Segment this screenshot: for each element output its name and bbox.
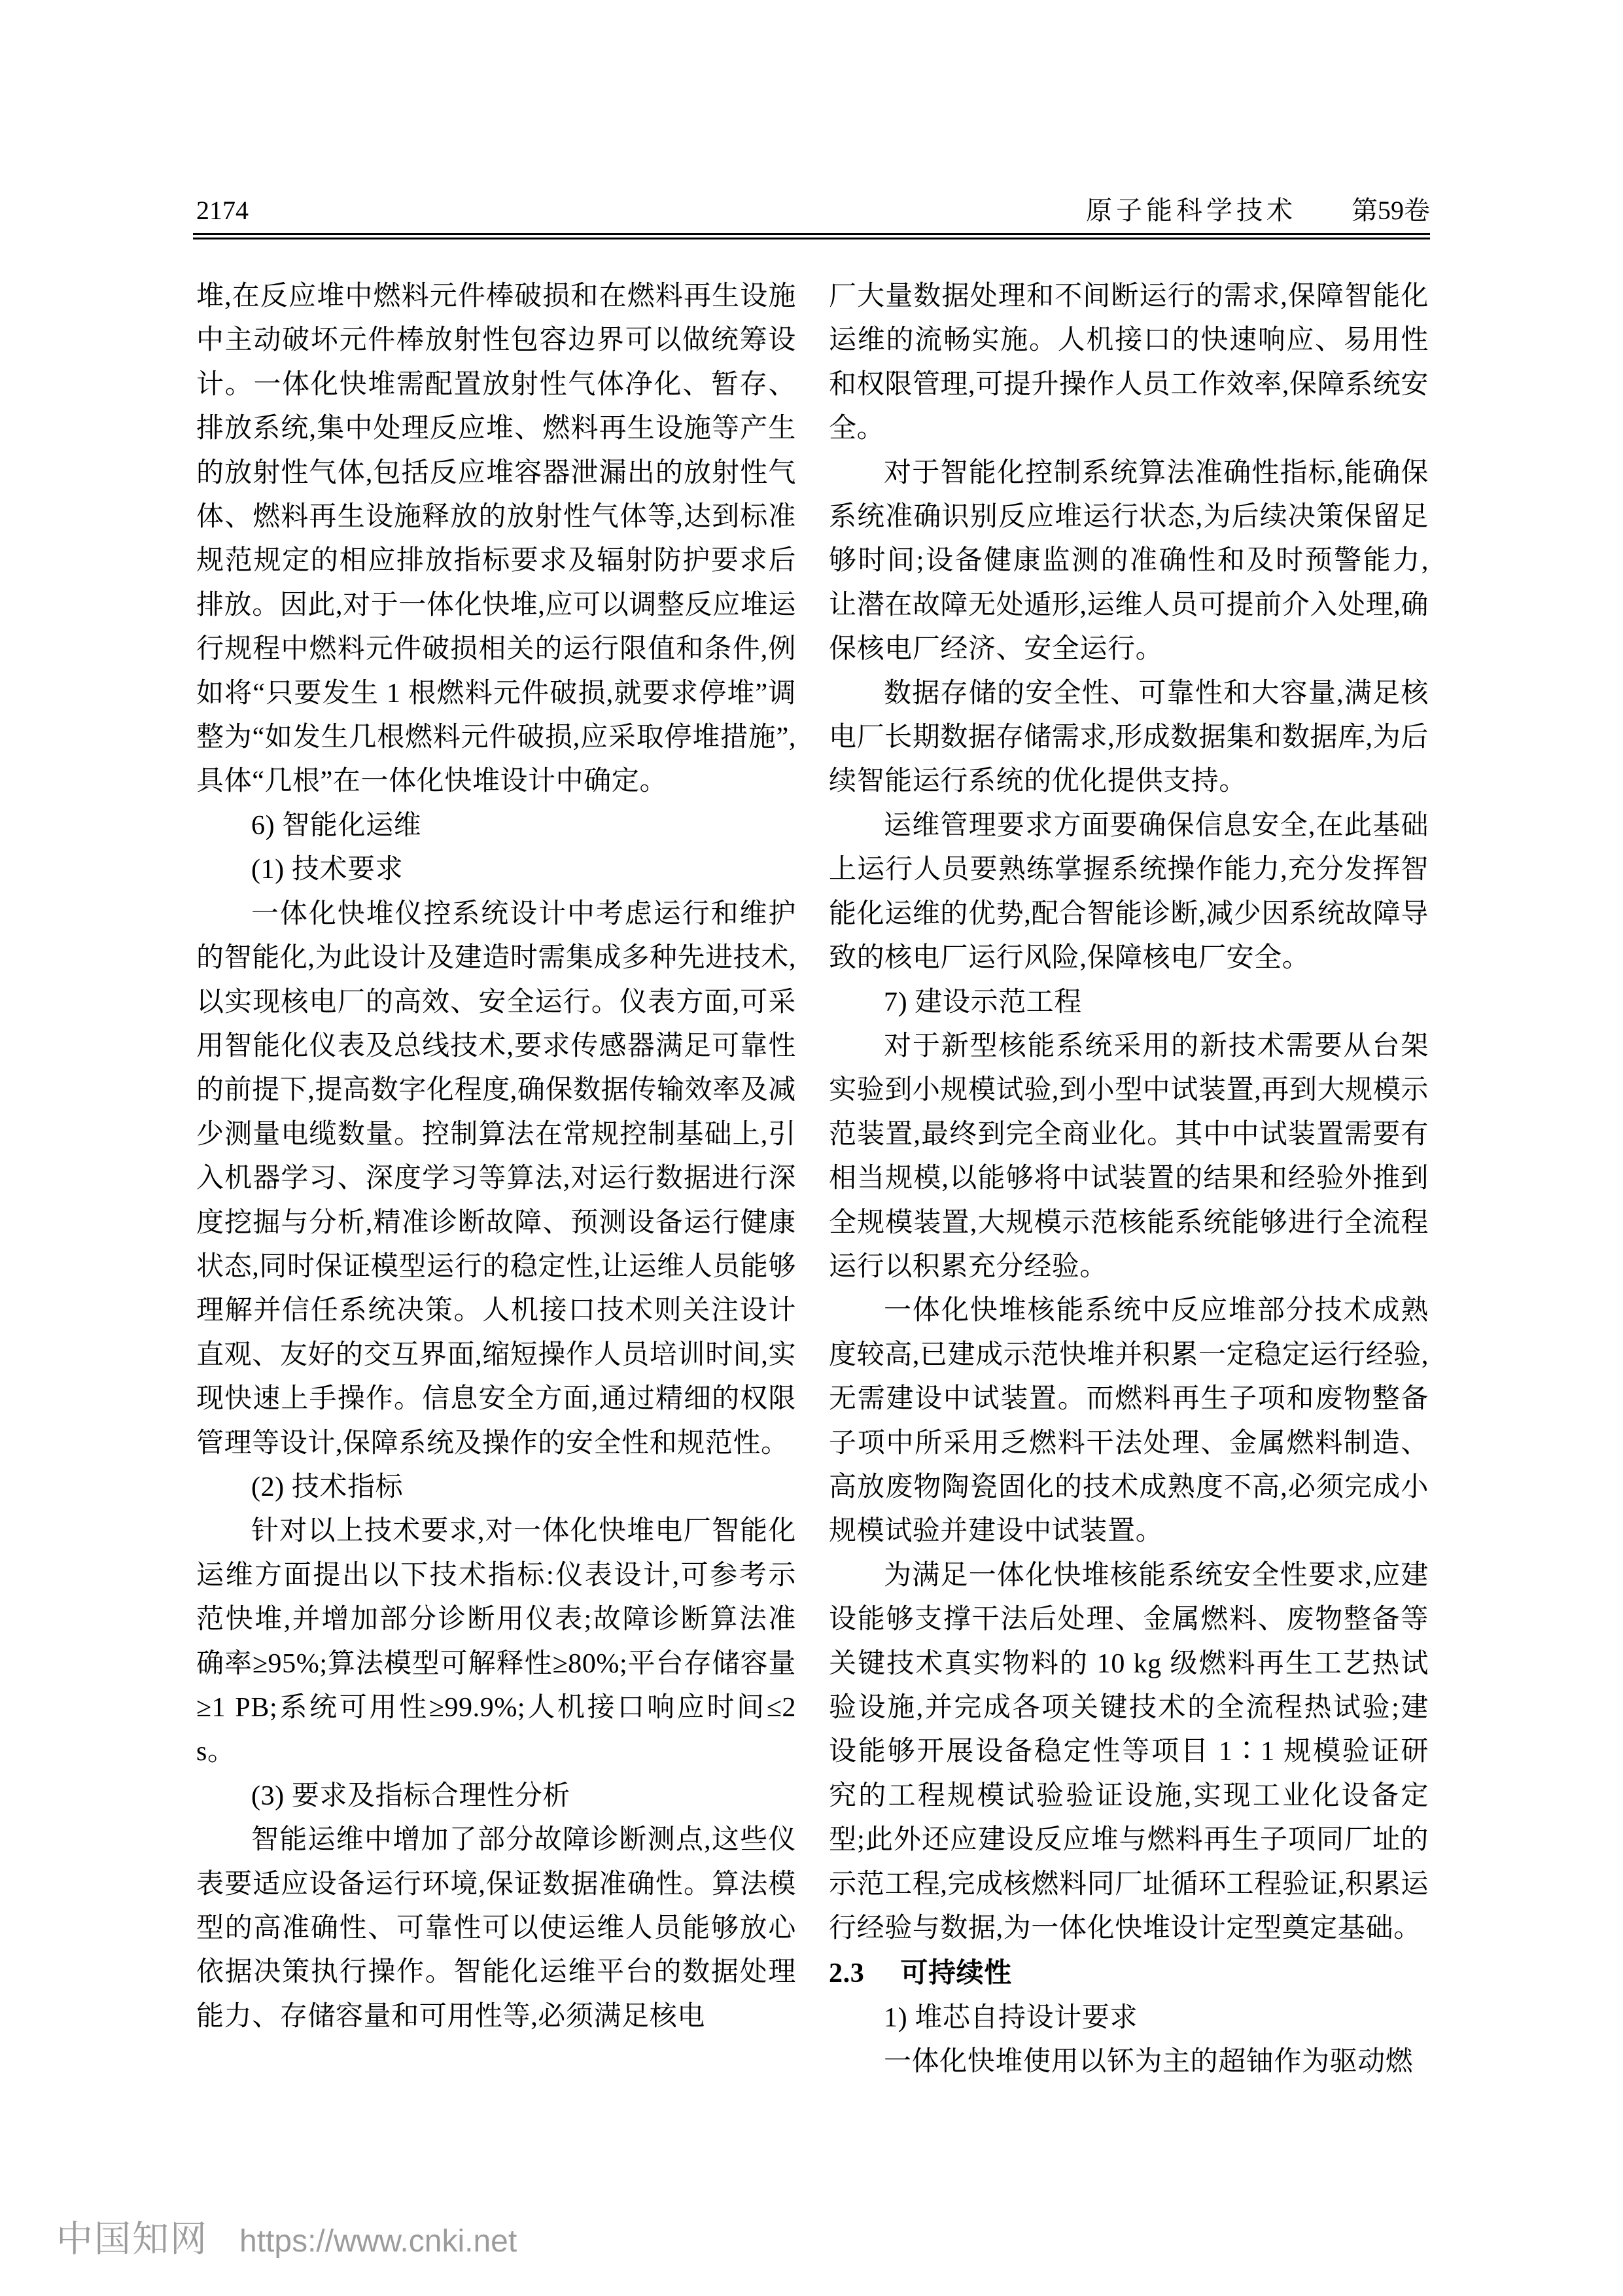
- paragraph: 厂大量数据处理和不间断运行的需求,保障智能化运维的流畅实施。人机接口的快速响应、…: [829, 275, 1429, 451]
- list-heading: 6) 智能化运维: [196, 804, 796, 848]
- paragraph: 对于新型核能系统采用的新技术需要从台架实验到小规模试验,到小型中试装置,再到大规…: [829, 1025, 1429, 1289]
- journal-title: 原子能科学技术: [1086, 194, 1297, 228]
- paragraph: 一体化快堆核能系统中反应堆部分技术成熟度较高,已建成示范快堆并积累一定稳定运行经…: [829, 1289, 1429, 1553]
- paragraph: 为满足一体化快堆核能系统安全性要求,应建设能够支撑干法后处理、金属燃料、废物整备…: [829, 1554, 1429, 1951]
- paragraph: 数据存储的安全性、可靠性和大容量,满足核电厂长期数据存储需求,形成数据集和数据库…: [829, 672, 1429, 804]
- list-heading: 7) 建设示范工程: [829, 981, 1429, 1025]
- left-column: 堆,在反应堆中燃料元件棒破损和在燃料再生设施中主动破坏元件棒放射性包容边界可以做…: [196, 275, 796, 2039]
- running-head: 原子能科学技术 第59卷: [1086, 194, 1430, 228]
- paragraph: 智能运维中增加了部分故障诊断测点,这些仪表要适应设备运行环境,保证数据准确性。算…: [196, 1818, 796, 2039]
- page-number: 2174: [196, 194, 249, 228]
- header-divider: [193, 233, 1430, 239]
- cnki-logo-text: 中国知网: [56, 2210, 208, 2263]
- list-heading: 1) 堆芯自持设计要求: [829, 1996, 1429, 2040]
- list-heading: (3) 要求及指标合理性分析: [196, 1775, 796, 1818]
- right-column: 厂大量数据处理和不间断运行的需求,保障智能化运维的流畅实施。人机接口的快速响应、…: [829, 275, 1429, 2085]
- section-title: 可持续性: [900, 1957, 1011, 1988]
- paragraph: 一体化快堆使用以钚为主的超铀作为驱动燃: [829, 2040, 1429, 2084]
- cnki-url: https://www.cnki.net: [239, 2223, 517, 2259]
- volume-label: 第59卷: [1352, 194, 1430, 228]
- page-header: 2174 原子能科学技术 第59卷: [196, 194, 1430, 228]
- cnki-watermark: 中国知网 https://www.cnki.net: [56, 2210, 517, 2263]
- paragraph: 运维管理要求方面要确保信息安全,在此基础上运行人员要熟练掌握系统操作能力,充分发…: [829, 804, 1429, 981]
- paragraph: 堆,在反应堆中燃料元件棒破损和在燃料再生设施中主动破坏元件棒放射性包容边界可以做…: [196, 275, 796, 804]
- list-heading: (1) 技术要求: [196, 848, 796, 892]
- paragraph: 一体化快堆仪控系统设计中考虑运行和维护的智能化,为此设计及建造时需集成多种先进技…: [196, 892, 796, 1466]
- journal-page: 2174 原子能科学技术 第59卷 堆,在反应堆中燃料元件棒破损和在燃料再生设施…: [0, 0, 1623, 2296]
- section-heading: 2.3 可持续性: [829, 1951, 1429, 1996]
- paragraph: 针对以上技术要求,对一体化快堆电厂智能化运维方面提出以下技术指标:仪表设计,可参…: [196, 1510, 796, 1774]
- section-number: 2.3: [829, 1958, 864, 1988]
- paragraph: 对于智能化控制系统算法准确性指标,能确保系统准确识别反应堆运行状态,为后续决策保…: [829, 451, 1429, 672]
- list-heading: (2) 技术指标: [196, 1466, 796, 1510]
